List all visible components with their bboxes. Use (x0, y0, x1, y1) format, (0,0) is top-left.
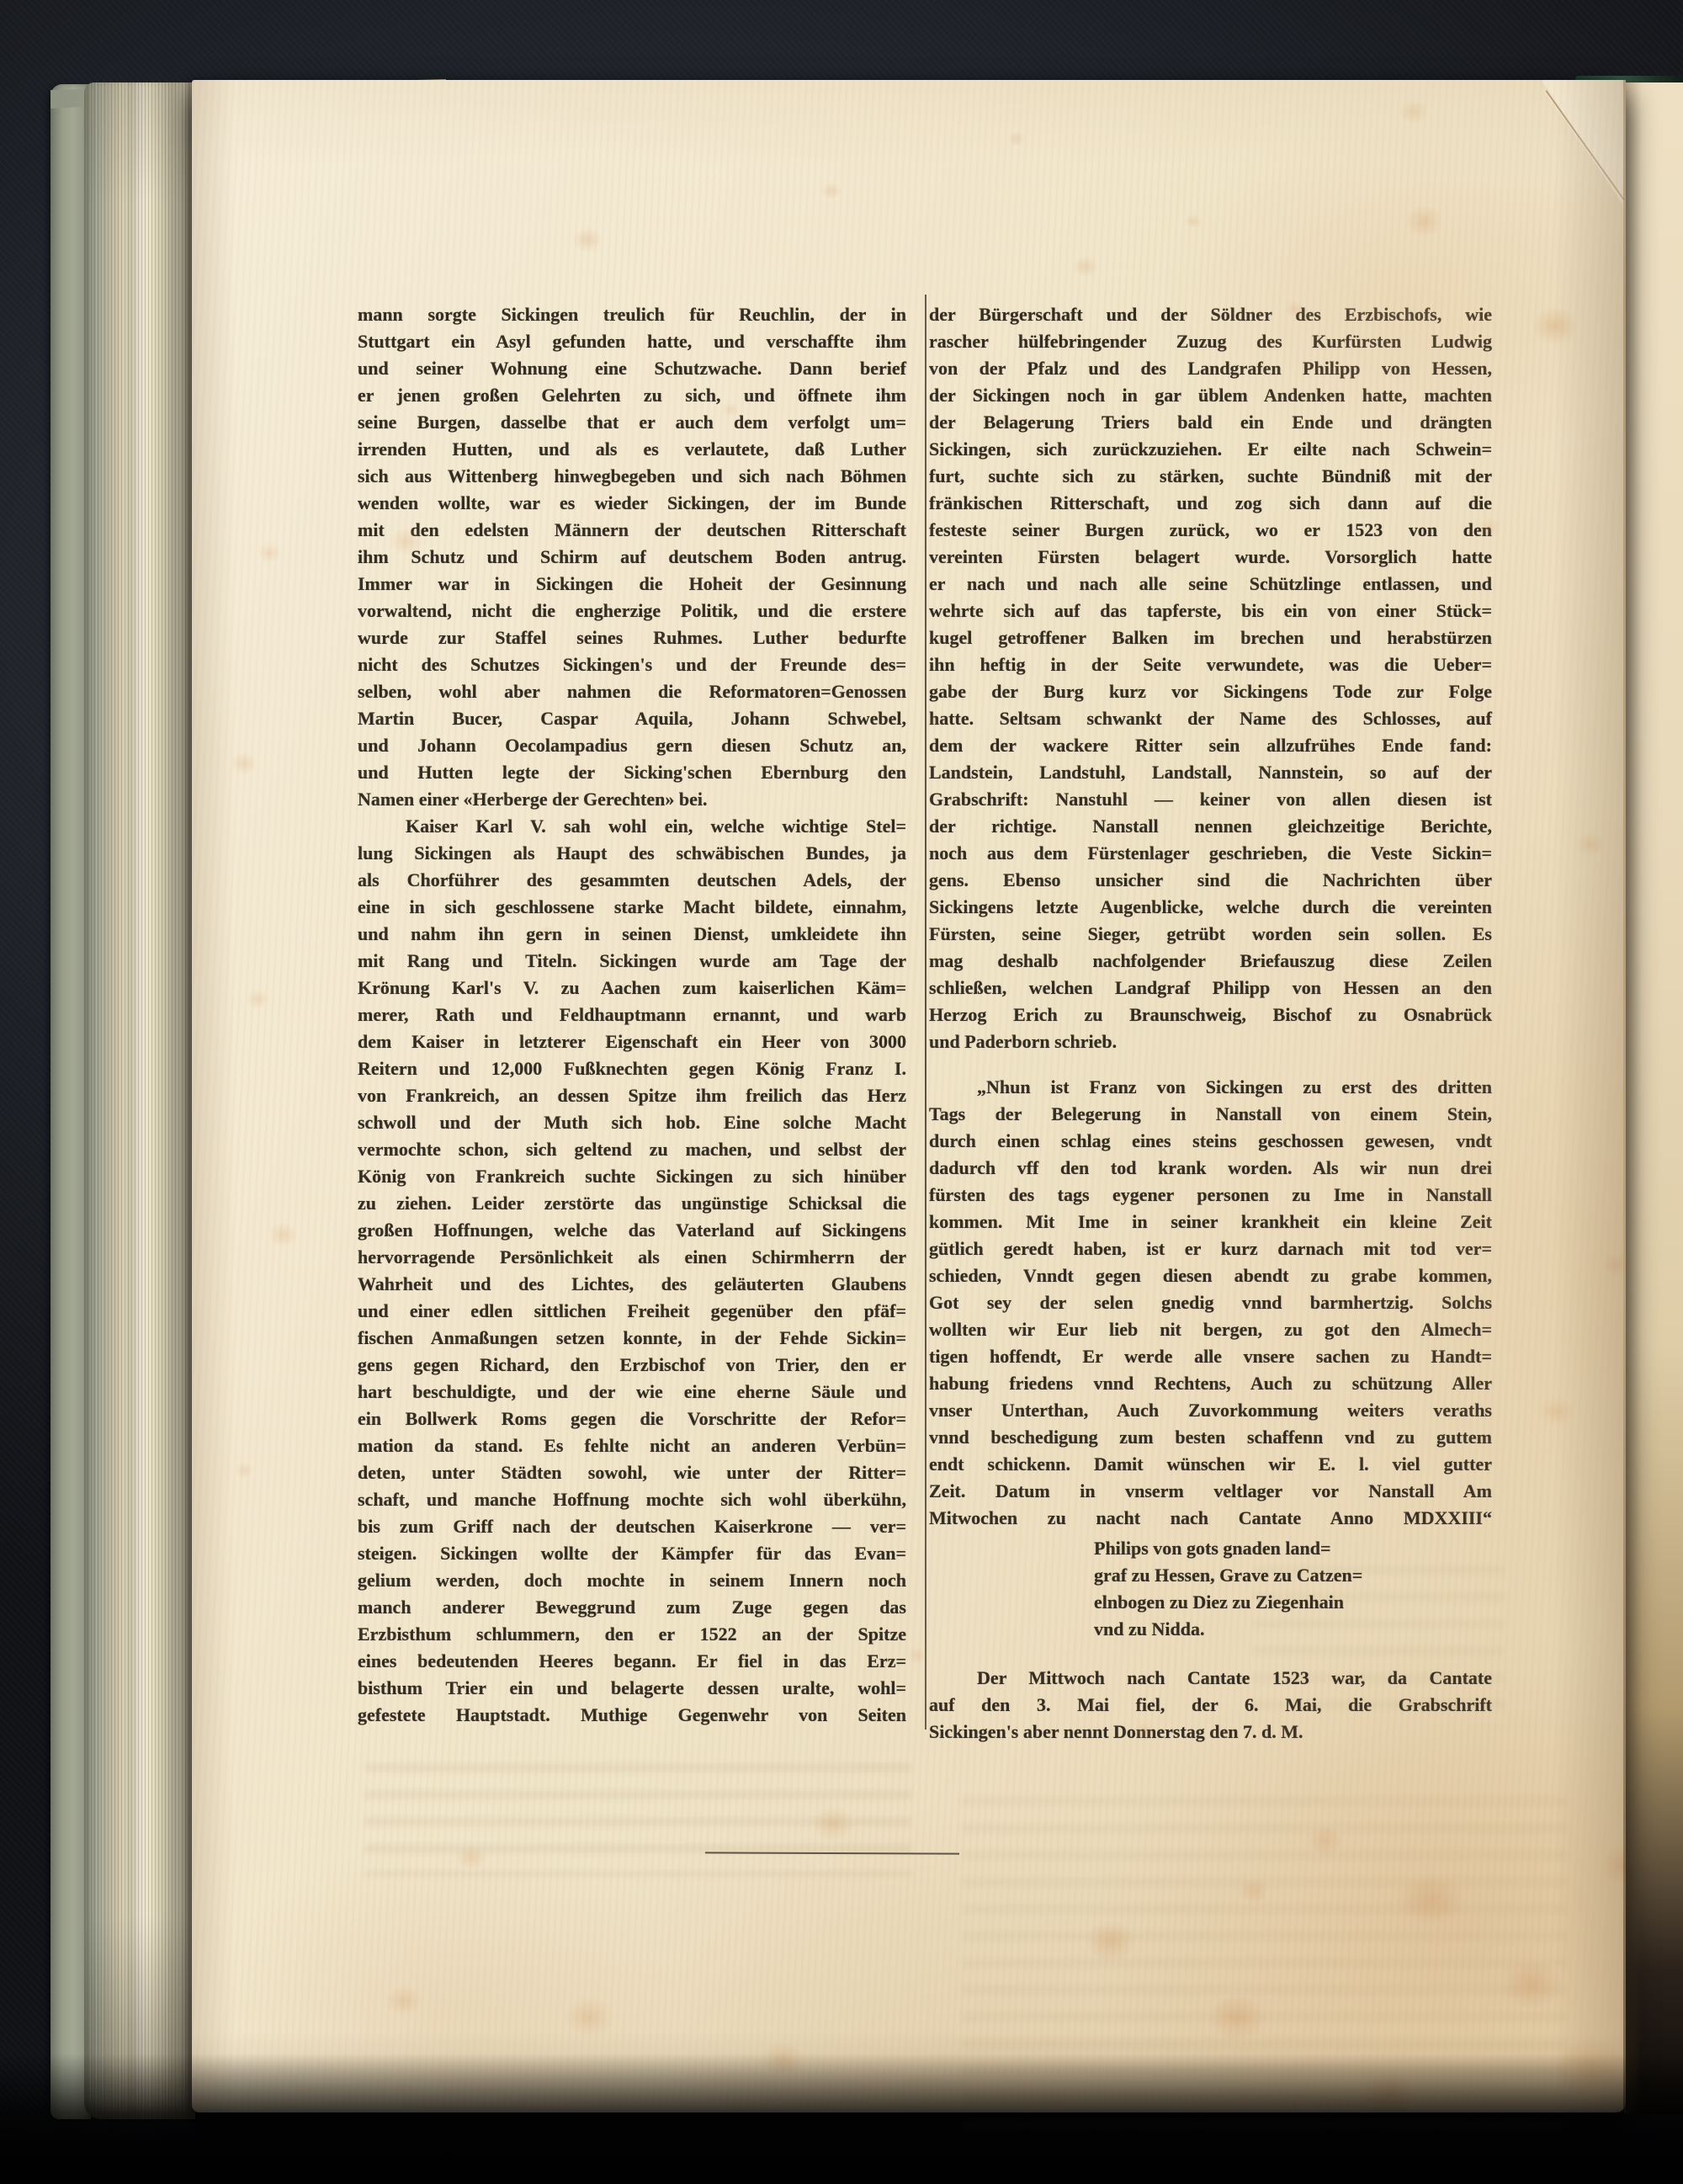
text-line: festeste seiner Burgen zurück, wo er 152… (929, 517, 1492, 544)
text-line: Philips von gots gnaden land= (1094, 1535, 1492, 1562)
text-line: wurde zur Staffel seines Ruhmes. Luther … (358, 624, 906, 651)
text-line: Reitern und 12,000 Fußknechten gegen Kön… (358, 1055, 906, 1082)
text-line: gefestete Hauptstadt. Muthige Gegenwehr … (358, 1702, 906, 1729)
text-line: Kaiser Karl V. sah wohl ein, welche wich… (358, 813, 906, 840)
text-line: nicht des Schutzes Sickingen's und der F… (358, 651, 906, 678)
text-line: dadurch vff den tod krank worden. Als wi… (929, 1155, 1492, 1182)
text-column-right: der Bürgerschaft und der Söldner des Erz… (929, 301, 1492, 1746)
corner-crease (1545, 90, 1625, 200)
bleedthrough-text-ghost (364, 1763, 911, 1877)
text-line: hervorragende Persönlichkeit als einen S… (358, 1244, 906, 1271)
text-line: wenden wollte, war es wieder Sickingen, … (358, 490, 906, 517)
text-line: durch einen schlag eines steins geschoss… (929, 1128, 1492, 1155)
text-line: der Sickingen noch in gar üblem Andenken… (929, 382, 1492, 409)
text-line: irrenden Hutten, und als es verlautete, … (358, 436, 906, 463)
text-line: Grabschrift: Nanstuhl — keiner von allen… (929, 786, 1492, 813)
column-divider-rule (925, 295, 926, 1730)
text-line: Zeit. Datum in vnserm veltlager vor Nans… (929, 1478, 1492, 1505)
text-line: eine in sich geschlossene starke Macht b… (358, 894, 906, 921)
text-line: Martin Bucer, Caspar Aquila, Johann Schw… (358, 705, 906, 732)
text-line: kommen. Mit Ime in seiner krankheit ein … (929, 1209, 1492, 1235)
book-page: mann sorgte Sickingen treulich für Reuch… (192, 80, 1626, 2112)
text-line: Sickingen's aber nennt Donnerstag den 7.… (929, 1719, 1492, 1746)
text-line: mit Rang und Titeln. Sickingen wurde am … (358, 948, 906, 975)
text-line: Sickingen, sich zurückzuziehen. Er eilte… (929, 436, 1492, 463)
text-line: großen Hoffnungen, welche das Vaterland … (358, 1217, 906, 1244)
text-line: tigen hoffendt, Er werde alle vnsere sac… (929, 1343, 1492, 1370)
text-line: ihn heftig in der Seite verwundete, was … (929, 651, 1492, 678)
text-line: deten, unter Städten sowohl, wie unter d… (358, 1459, 906, 1486)
text-line: gabe der Burg kurz vor Sickingens Tode z… (929, 678, 1492, 705)
text-line: fürsten des tags eygener personen zu Ime… (929, 1182, 1492, 1209)
text-line: vnnd beschedigung zum besten schaffenn v… (929, 1424, 1492, 1451)
text-line: Stuttgart ein Asyl gefunden hatte, und v… (358, 328, 906, 355)
text-line: mation da stand. Es fehlte nicht an ande… (358, 1432, 906, 1459)
text-line: elnbogen zu Diez zu Ziegenhain (1094, 1589, 1492, 1616)
text-line: Namen einer «Herberge der Gerechten» bei… (358, 786, 906, 813)
text-line: und Johann Oecolampadius gern diesen Sch… (358, 732, 906, 759)
text-line: sich aus Wittenberg hinwegbegeben und si… (358, 463, 906, 490)
text-line: Immer war in Sickingen die Hoheit der Ge… (358, 571, 906, 598)
text-line: auf den 3. Mai fiel, der 6. Mai, die Gra… (929, 1692, 1492, 1719)
text-line: furt, suchte sich zu stärken, suchte Bün… (929, 463, 1492, 490)
text-line: Mitwochen zu nacht nach Cantate Anno MDX… (929, 1505, 1492, 1532)
text-line: wehrte sich auf das tapferste, bis ein v… (929, 598, 1492, 624)
text-line: schieden, Vnndt gegen diesen abendt zu g… (929, 1262, 1492, 1289)
text-line: fränkischen Ritterschaft, und zog sich d… (929, 490, 1492, 517)
text-line: bisthum Trier ein und belagerte dessen u… (358, 1675, 906, 1702)
text-line: und Hutten legte der Sicking'schen Ebern… (358, 759, 906, 786)
book-shadow (0, 2054, 1683, 2184)
text-line: endt schickenn. Damit wünschen wir E. l.… (929, 1451, 1492, 1478)
section-separator-rule (705, 1852, 959, 1854)
text-line: Tags der Belegerung in Nanstall von eine… (929, 1101, 1492, 1128)
text-line: Erzbisthum schlummern, den er 1522 an de… (358, 1621, 906, 1648)
text-line: hatte. Seltsam schwankt der Name des Sch… (929, 705, 1492, 732)
text-line: mann sorgte Sickingen treulich für Reuch… (358, 301, 906, 328)
text-line: Herzog Erich zu Braunschweig, Bischof zu… (929, 1002, 1492, 1028)
text-line: Wahrheit und des Lichtes, des geläuterte… (358, 1271, 906, 1298)
letter-signature-block: Philips von gots gnaden land=graf zu Hes… (1094, 1535, 1492, 1643)
text-line: eines bedeutenden Heeres begann. Er fiel… (358, 1648, 906, 1675)
text-line: Krönung Karl's V. zu Aachen zum kaiserli… (358, 975, 906, 1002)
text-line: und einer edlen sittlichen Freiheit gege… (358, 1298, 906, 1325)
text-line: er nach und nach alle seine Schützlinge … (929, 571, 1492, 598)
text-line: kugel getroffener Balken im brechen und … (929, 624, 1492, 651)
text-line: von der Pfalz und des Landgrafen Philipp… (929, 355, 1492, 382)
paragraph: „Nhun ist Franz von Sickingen zu erst de… (929, 1074, 1492, 1532)
text-line: gütlich geredt haben, ist er kurz darnac… (929, 1235, 1492, 1262)
text-line: von Frankreich, an dessen Spitze ihm fre… (358, 1082, 906, 1109)
text-line: König von Frankreich suchte Sickingen zu… (358, 1163, 906, 1190)
text-line: und nahm ihn gern in seinen Dienst, umkl… (358, 921, 906, 948)
text-line: lung Sickingen als Haupt des schwäbische… (358, 840, 906, 867)
text-line: schaft, und manche Hoffnung mochte sich … (358, 1486, 906, 1513)
text-line: selben, wohl aber nahmen die Reformatore… (358, 678, 906, 705)
text-line: Landstein, Landstuhl, Landstall, Nannste… (929, 759, 1492, 786)
text-line: der Belagerung Triers bald ein Ende und … (929, 409, 1492, 436)
text-line: er jenen großen Gelehrten zu sich, und ö… (358, 382, 906, 409)
text-line: Sickingens letzte Augenblicke, welche du… (929, 894, 1492, 921)
paragraph: Kaiser Karl V. sah wohl ein, welche wich… (358, 813, 906, 1729)
text-line: graf zu Hessen, Grave zu Catzen= (1094, 1562, 1492, 1589)
adjacent-page-edge (1624, 82, 1683, 2114)
text-line: vermochte schon, sich geltend zu machen,… (358, 1136, 906, 1163)
text-line: und Paderborn schrieb. (929, 1028, 1492, 1055)
text-line: und seiner Wohnung eine Schutzwache. Dan… (358, 355, 906, 382)
text-line: ein Bollwerk Roms gegen die Vorschritte … (358, 1406, 906, 1432)
text-line: der Bürgerschaft und der Söldner des Erz… (929, 301, 1492, 328)
text-column-left: mann sorgte Sickingen treulich für Reuch… (358, 301, 906, 1729)
text-line: Fürsten, seine Sieger, getrübt worden se… (929, 921, 1492, 948)
text-line: bis zum Griff nach der deutschen Kaiserk… (358, 1513, 906, 1540)
text-line: rascher hülfebringender Zuzug des Kurfür… (929, 328, 1492, 355)
text-line: wollten wir Eur lieb nit bergen, zu got … (929, 1316, 1492, 1343)
text-line: habung friedens vnnd Rechtens, Auch zu s… (929, 1370, 1492, 1397)
text-line: merer, Rath und Feldhauptmann ernannt, u… (358, 1002, 906, 1028)
text-line: mit den edelsten Männern der deutschen R… (358, 517, 906, 544)
text-line: „Nhun ist Franz von Sickingen zu erst de… (929, 1074, 1492, 1101)
text-line: der richtige. Nanstall nennen gleichzeit… (929, 813, 1492, 840)
text-line: steigen. Sickingen wollte der Kämpfer fü… (358, 1540, 906, 1567)
text-line: dem der wackere Ritter sein allzufrühes … (929, 732, 1492, 759)
text-line: Got sey der selen gnedig vnnd barmhertzi… (929, 1289, 1492, 1316)
text-line: vnd zu Nidda. (1094, 1616, 1492, 1643)
text-line: fischen Anmaßungen setzen konnte, in der… (358, 1325, 906, 1352)
photograph-of-open-book: mann sorgte Sickingen treulich für Reuch… (0, 0, 1683, 2184)
text-line: seine Burgen, dasselbe that er auch dem … (358, 409, 906, 436)
text-line: ihm Schutz und Schirm auf deutschem Bode… (358, 544, 906, 571)
paragraph: der Bürgerschaft und der Söldner des Erz… (929, 301, 1492, 1055)
text-line: gens gegen Richard, den Erzbischof von T… (358, 1352, 906, 1379)
text-line: dem Kaiser in letzterer Eigenschaft ein … (358, 1028, 906, 1055)
text-line: schwoll und der Muth sich hob. Eine solc… (358, 1109, 906, 1136)
page-stack-fore-edge (84, 82, 195, 2119)
paragraph: mann sorgte Sickingen treulich für Reuch… (358, 301, 906, 813)
paragraph: Der Mittwoch nach Cantate 1523 war, da C… (929, 1665, 1492, 1746)
text-line: Der Mittwoch nach Cantate 1523 war, da C… (929, 1665, 1492, 1692)
text-line: manch anderer Beweggrund zum Zuge gegen … (358, 1594, 906, 1621)
text-line: gens. Ebenso unsicher sind die Nachricht… (929, 867, 1492, 894)
text-line: hart beschuldigte, und der wie eine eher… (358, 1379, 906, 1406)
text-line: vereinten Fürsten belagert wurde. Vorsor… (929, 544, 1492, 571)
text-line: vnser Unterthan, Auch Zuvorkommung weite… (929, 1397, 1492, 1424)
text-line: zu ziehen. Leider zerstörte das ungünsti… (358, 1190, 906, 1217)
text-line: noch aus dem Fürstenlager geschrieben, d… (929, 840, 1492, 867)
text-line: schließen, welchen Landgraf Philipp von … (929, 975, 1492, 1002)
text-line: als Chorführer des gesammten deutschen A… (358, 867, 906, 894)
text-line: gelium werden, doch mochte in seinem Inn… (358, 1567, 906, 1594)
text-line: vorwaltend, nicht die engherzige Politik… (358, 598, 906, 624)
text-line: mag deshalb nachfolgender Briefauszug di… (929, 948, 1492, 975)
page-fold-edge (1623, 80, 1626, 2112)
